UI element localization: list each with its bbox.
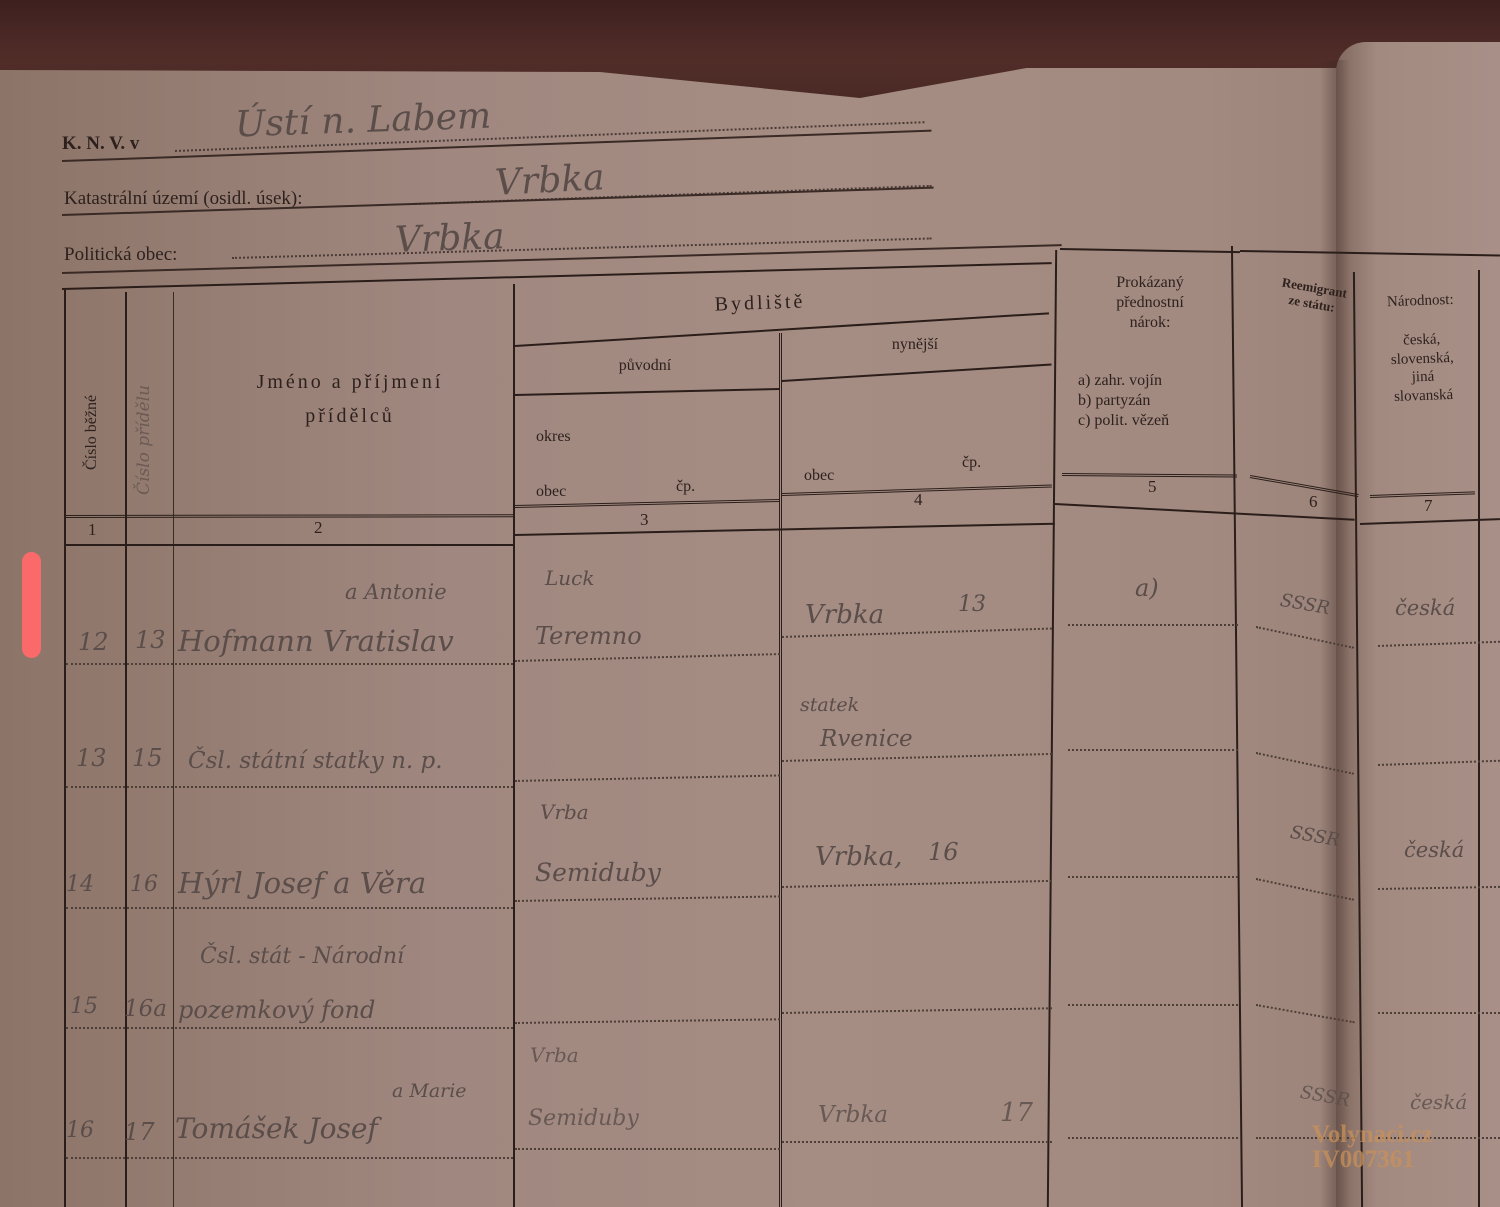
row-sep-2d (1068, 749, 1238, 751)
colnum-2: 2 (314, 518, 323, 538)
row-sep-4f (1378, 1012, 1500, 1014)
header-jmeno-line1: Jméno a příjmení (190, 370, 510, 395)
cell-nynejsi-cp: 16 (928, 838, 959, 866)
header-narok: Prokázaný přednostní nárok: (1075, 273, 1225, 333)
narok-option-c: c) polit. vězeň (1078, 411, 1169, 431)
cell-cislo-pridelu: 16a (124, 996, 167, 1022)
colnum-7: 7 (1424, 496, 1433, 516)
cell-name: Čsl. státní statky n. p. (188, 748, 443, 774)
header-narok-line1: Prokázaný (1075, 273, 1225, 293)
watermark: Volynaci.cz IV007361 (1312, 1122, 1433, 1172)
cell-name: Hýrl Josef a Věra (178, 866, 426, 900)
cell-cislo-pridelu: 15 (132, 744, 163, 772)
row-sep-3a (66, 907, 513, 909)
cell-name: Hofmann Vratislav (178, 624, 454, 658)
col-border-3 (779, 333, 782, 1207)
colnum-6: 6 (1309, 492, 1318, 512)
cell-puvodni-okres: Vrba (530, 1043, 579, 1067)
row-sep-4a (66, 1027, 513, 1029)
row-sep-5c (782, 1141, 1052, 1143)
colnum-bottom-1-2 (64, 544, 514, 546)
cell-name-extra: a Antonie (345, 580, 447, 604)
cell-puvodni-obec: Teremno (535, 622, 642, 650)
header-narodnost: Národnost: česká, slovenská, jiná slovan… (1366, 290, 1478, 407)
cell-cislo-pridelu: 17 (124, 1118, 155, 1146)
row-sep-2a (66, 786, 513, 788)
cell-name-extra: a Marie (392, 1080, 467, 1102)
narok-option-a: a) zahr. vojín (1078, 371, 1169, 391)
col-border-left (64, 288, 66, 1207)
page-fold-shadow (1320, 60, 1350, 1207)
header-nynejsi: nynější (830, 335, 1000, 355)
header-cislo-bezne: Číslo běžné (82, 395, 102, 470)
col-border-1 (125, 292, 127, 1207)
header-cislo-pridelu: Číslo přídělu (134, 385, 154, 495)
obec-value: Vrbka (394, 216, 505, 261)
cell-nynejsi-cp: 17 (1000, 1098, 1033, 1128)
header-puvodni-okres: okres (536, 427, 571, 447)
narok-option-b: b) partyzán (1078, 391, 1169, 411)
narodnost-option-4: slovanská (1369, 385, 1478, 408)
row-sep-5b (515, 1148, 780, 1150)
highlight-marker (22, 552, 41, 658)
col-border-2 (513, 284, 515, 1207)
cell-name: pozemkový fond (178, 996, 375, 1024)
col-border-1b (173, 292, 174, 1207)
cell-puvodni-okres: Luck (545, 566, 594, 590)
cell-cislo-bezne: 15 (70, 994, 98, 1019)
header-jmeno-line2: přídělců (190, 404, 510, 429)
header-narok-options: a) zahr. vojín b) partyzán c) polit. věz… (1078, 371, 1169, 431)
colnum-3: 3 (640, 510, 649, 530)
row-sep-5a (66, 1157, 513, 1159)
header-puvodni-obec: obec (536, 482, 566, 502)
cell-narodnost: česká (1410, 1090, 1467, 1114)
header-narok-line3: nárok: (1075, 313, 1225, 333)
cell-cislo-pridelu: 16 (130, 872, 158, 897)
cell-puvodni-okres: Vrba (540, 800, 589, 824)
header-nynejsi-obec: obec (804, 466, 834, 486)
header-nynejsi-cp: čp. (962, 453, 981, 473)
knv-label: K. N. V. v (62, 133, 139, 155)
row-sep-5d (1068, 1137, 1238, 1139)
cell-nynejsi-cp: 13 (958, 592, 986, 617)
header-narodnost-title: Národnost: (1366, 290, 1475, 313)
cell-nynejsi-cp: Rvenice (820, 726, 913, 752)
cell-cislo-bezne: 14 (66, 872, 94, 897)
watermark-site: Volynaci.cz (1312, 1122, 1433, 1147)
cell-narodnost: česká (1395, 596, 1455, 620)
obec-label: Politická obec: (64, 244, 177, 266)
row-sep-1d (1068, 624, 1238, 626)
watermark-id: IV007361 (1312, 1147, 1433, 1172)
cell-nynejsi-obec: Vrbka, (815, 842, 902, 872)
cell-nynejsi-obec: Vrbka (818, 1102, 888, 1128)
colnum-1: 1 (88, 520, 97, 540)
cell-narok: a) (1135, 574, 1159, 602)
cell-nynejsi-obec: statek (800, 694, 859, 716)
cell-name-extra: Čsl. stát - Národní (200, 944, 404, 969)
cell-puvodni-obec: Semiduby (528, 1106, 639, 1131)
cell-cislo-bezne: 16 (66, 1118, 94, 1143)
cell-cislo-bezne: 12 (78, 628, 109, 656)
header-narok-line2: přednostní (1075, 293, 1225, 313)
header-puvodni: původní (560, 356, 730, 376)
cell-name: Tomášek Josef (175, 1112, 378, 1145)
row-sep-4d (1068, 1004, 1238, 1006)
colnum-4: 4 (914, 490, 923, 510)
col-border-7 (1478, 270, 1480, 1207)
cell-puvodni-obec: Semiduby (535, 858, 661, 887)
header-puvodni-cp: čp. (676, 477, 695, 497)
cell-cislo-bezne: 13 (76, 744, 107, 772)
cell-cislo-pridelu: 13 (135, 626, 166, 654)
cell-narodnost: česká (1404, 838, 1464, 862)
colnum-5: 5 (1148, 477, 1157, 497)
cell-nynejsi-obec: Vrbka (805, 600, 884, 630)
row-sep-1a (66, 663, 513, 665)
row-sep-3d (1068, 876, 1238, 878)
